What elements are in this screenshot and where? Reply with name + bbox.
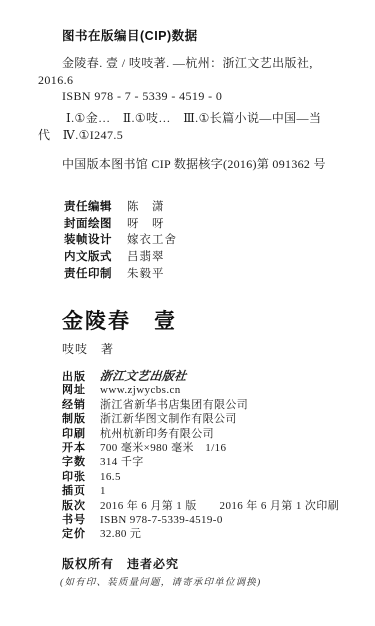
- publisher-signature: 浙江文艺出版社: [99, 367, 188, 384]
- credit-row-print-supervisor: 责任印制 朱毅平: [64, 265, 177, 282]
- pubinfo-value: ISBN 978-7-5339-4519-0: [100, 514, 223, 526]
- credit-value: 陈 潇: [127, 198, 165, 214]
- pubinfo-value: 16.5: [100, 471, 121, 483]
- credit-row-layout: 内文版式 吕翡翠: [64, 248, 177, 265]
- pubinfo-row-edition: 版次 2016 年 6 月第 1 版 2016 年 6 月第 1 次印刷: [62, 497, 339, 511]
- pubinfo-value: 1: [100, 485, 106, 497]
- credit-value: 嫁衣工舍: [127, 231, 177, 247]
- credit-label: 责任印制: [64, 265, 127, 281]
- credit-value: 吕翡翠: [127, 248, 165, 264]
- pubinfo-value: 314 千字: [100, 453, 144, 469]
- pubinfo-row-publisher: 出版 浙江文艺出版社: [62, 367, 339, 381]
- credit-label: 装帧设计: [64, 231, 127, 247]
- pubinfo-value: 2016 年 6 月第 1 版 2016 年 6 月第 1 次印刷: [100, 497, 339, 513]
- cip-line-isbn: ISBN 978 - 7 - 5339 - 4519 - 0: [62, 88, 350, 105]
- cip-line-year: 2016.6: [38, 72, 350, 89]
- credit-label: 内文版式: [64, 248, 127, 264]
- cip-paragraph: 金陵春. 壹 / 吱吱著. —杭州：浙江文艺出版社, 2016.6 ISBN 9…: [38, 55, 350, 105]
- copyright-exchange-note: (如有印、装质量问题，请寄承印单位调换): [60, 574, 261, 588]
- pubinfo-row-word-count: 字数 314 千字: [62, 453, 339, 467]
- publication-info-list: 出版 浙江文艺出版社 网址 www.zjwycbs.cn 经销 浙江省新华书店集…: [62, 367, 339, 540]
- copyright-page: 图书在版编目(CIP)数据 金陵春. 壹 / 吱吱著. —杭州：浙江文艺出版社,…: [0, 0, 375, 626]
- credit-row-cover-art: 封面绘图 呀 呀: [64, 215, 177, 232]
- cip-line-title: 金陵春. 壹 / 吱吱著. —杭州：浙江文艺出版社,: [62, 55, 350, 72]
- credit-label: 责任编辑: [64, 198, 127, 214]
- pubinfo-value: 32.80 元: [100, 525, 141, 541]
- credit-row-binding-design: 装帧设计 嫁衣工舍: [64, 231, 177, 248]
- pubinfo-label: 定价: [62, 525, 100, 541]
- cip-class-line2: 代 Ⅳ.①I247.5: [38, 127, 350, 144]
- cip-class-line1: Ⅰ.①金… Ⅱ.①吱… Ⅲ.①长篇小说—中国—当: [66, 110, 350, 127]
- pubinfo-value: www.zjwycbs.cn: [100, 384, 181, 396]
- credit-row-editor: 责任编辑 陈 潇: [64, 198, 177, 215]
- pubinfo-row-sheets: 印张 16.5: [62, 468, 339, 482]
- pubinfo-row-isbn: 书号 ISBN 978-7-5339-4519-0: [62, 511, 339, 525]
- pubinfo-row-format: 开本 700 毫米×980 毫米 1/16: [62, 439, 339, 453]
- pubinfo-row-price: 定价 32.80 元: [62, 525, 339, 539]
- cip-heading: 图书在版编目(CIP)数据: [62, 26, 198, 44]
- pubinfo-row-inserts: 插页 1: [62, 482, 339, 496]
- book-author: 吱吱 著: [62, 340, 114, 357]
- pubinfo-row-typesetting: 制版 浙江新华图文制作有限公司: [62, 410, 339, 424]
- pubinfo-row-printer: 印刷 杭州杭新印务有限公司: [62, 425, 339, 439]
- credits-list: 责任编辑 陈 潇 封面绘图 呀 呀 装帧设计 嫁衣工舍 内文版式 吕翡翠 责任印…: [64, 198, 177, 281]
- copyright-notice: 版权所有 违者必究: [62, 555, 179, 572]
- book-title: 金陵春 壹: [62, 305, 177, 335]
- credit-value: 呀 呀: [127, 215, 165, 231]
- pubinfo-row-distributor: 经销 浙江省新华书店集团有限公司: [62, 396, 339, 410]
- cip-classification: Ⅰ.①金… Ⅱ.①吱… Ⅲ.①长篇小说—中国—当 代 Ⅳ.①I247.5: [38, 110, 350, 144]
- cip-record-number: 中国版本图书馆 CIP 数据核字(2016)第 091362 号: [62, 155, 326, 172]
- credit-label: 封面绘图: [64, 215, 127, 231]
- credit-value: 朱毅平: [127, 265, 165, 281]
